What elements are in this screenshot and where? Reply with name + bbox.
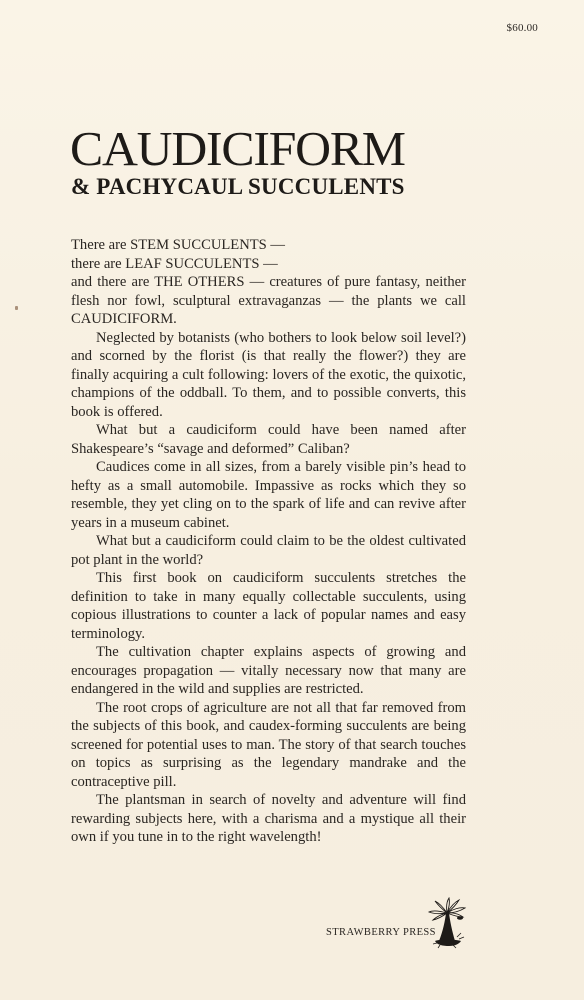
paper-blemish bbox=[15, 306, 18, 310]
price-label: $60.00 bbox=[507, 22, 538, 34]
blurb-paragraph: The plantsman in search of novelty and a… bbox=[71, 791, 466, 847]
blurb-paragraph: Neglected by botanists (who bothers to l… bbox=[71, 329, 466, 422]
caudiciform-plant-icon bbox=[425, 897, 471, 949]
publisher-name: STRAWBERRY PRESS bbox=[326, 927, 436, 938]
back-cover: $60.00 CAUDICIFORM & PACHYCAUL SUCCULENT… bbox=[0, 0, 584, 1000]
blurb-paragraph: The cultivation chapter explains aspects… bbox=[71, 643, 466, 699]
intro-continuation: and there are THE OTHERS — creatures of … bbox=[71, 274, 466, 327]
intro-line: there are LEAF SUCCULENTS — bbox=[71, 255, 466, 274]
blurb-paragraph: Caudices come in all sizes, from a barel… bbox=[71, 458, 466, 532]
blurb-paragraph: What but a caudiciform could claim to be… bbox=[71, 532, 466, 569]
blurb-paragraph: What but a caudiciform could have been n… bbox=[71, 421, 466, 458]
blurb-paragraph: This first book on caudiciform succulent… bbox=[71, 569, 466, 643]
blurb-paragraph-intro: There are STEM SUCCULENTS — there are LE… bbox=[71, 236, 466, 329]
book-title: CAUDICIFORM bbox=[70, 124, 405, 173]
blurb-paragraph: The root crops of agriculture are not al… bbox=[71, 699, 466, 792]
book-subtitle: & PACHYCAUL SUCCULENTS bbox=[71, 175, 405, 198]
intro-line: There are STEM SUCCULENTS — bbox=[71, 236, 466, 255]
blurb-text: There are STEM SUCCULENTS — there are LE… bbox=[71, 236, 466, 847]
